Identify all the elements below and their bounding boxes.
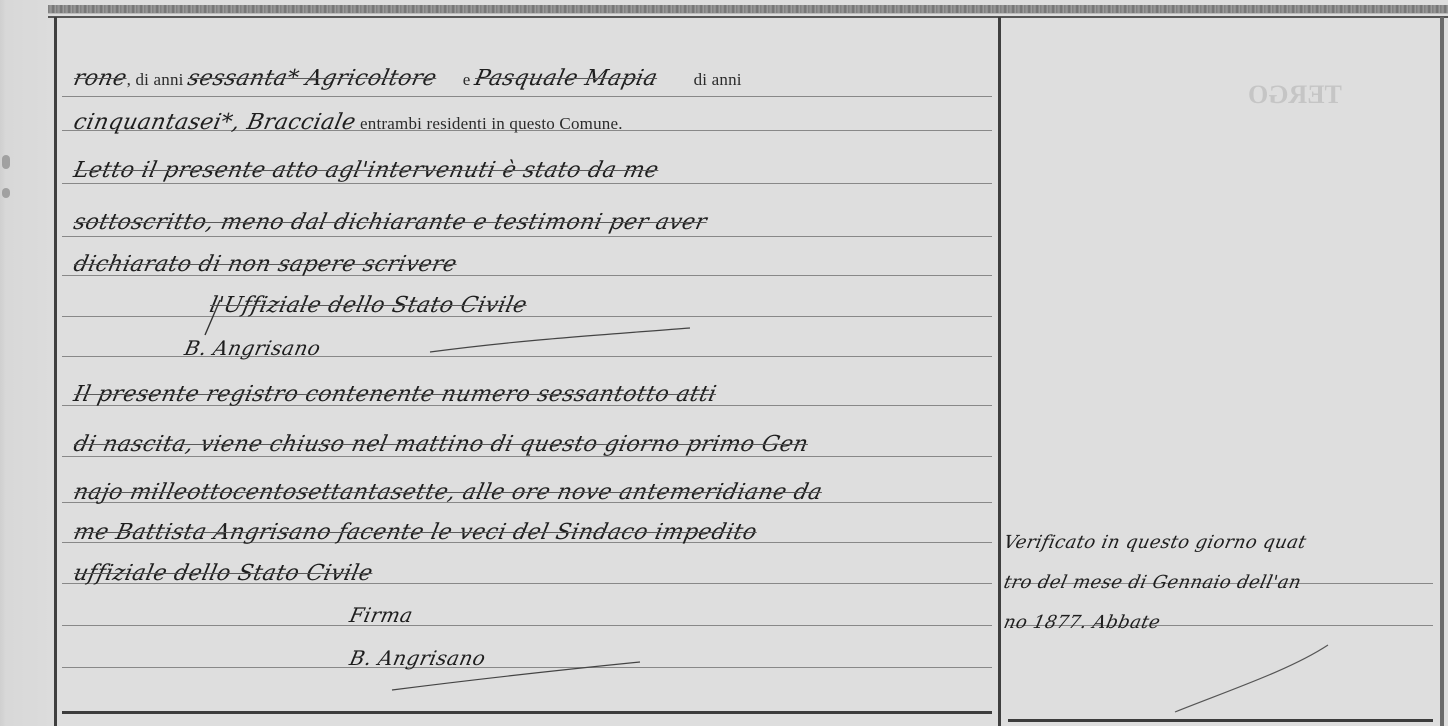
text-line-12: uffiziale dello Stato Civile xyxy=(74,561,372,586)
handwritten-text: cinquantasei*, Bracciale xyxy=(71,110,358,135)
handwritten-text: dichiarato di non sapere scrivere xyxy=(71,252,459,277)
handwritten-text: di nascita, viene chiuso nel mattino di … xyxy=(71,432,810,457)
text-line-9: di nascita, viene chiuso nel mattino di … xyxy=(74,432,808,457)
verification-note-line-3: no 1877. Abbate xyxy=(1004,612,1160,633)
verification-note-line-2: tro del mese di Gennaio dell'an xyxy=(1004,572,1301,593)
handwritten-text: Verificato in questo giorno quat xyxy=(1002,532,1308,553)
handwritten-text: no 1877. Abbate xyxy=(1002,612,1163,633)
ruled-line xyxy=(62,667,992,668)
top-decorative-border xyxy=(48,5,1448,14)
ruled-line xyxy=(62,183,992,184)
ruled-line xyxy=(62,236,992,237)
signature-text: B. Angrisano xyxy=(182,336,323,360)
column-divider-line xyxy=(998,17,1001,726)
printed-text: di anni xyxy=(689,70,742,89)
handwritten-text: uffiziale dello Stato Civile xyxy=(71,561,375,586)
printed-text: entrambi residenti in questo Comune. xyxy=(356,114,623,133)
text-line-1: rone, di anni sessanta* Agricoltore e Pa… xyxy=(74,66,742,91)
printed-text: , di anni xyxy=(127,70,189,89)
bleed-through-heading: TERGO xyxy=(1248,80,1342,110)
text-line-8: Il presente registro contenente numero s… xyxy=(74,382,716,407)
right-frame-line xyxy=(1440,17,1444,726)
handwritten-text: sessanta* Agricoltore xyxy=(185,66,439,91)
signature-label: Firma xyxy=(347,603,415,627)
handwritten-text: najo milleottocentosettantasette, alle o… xyxy=(71,480,824,505)
binding-mark xyxy=(2,155,10,169)
text-line-5: dichiarato di non sapere scrivere xyxy=(74,252,457,277)
verification-note-line-1: Verificato in questo giorno quat xyxy=(1004,532,1306,553)
text-line-4: sottoscritto, meno dal dichiarante e tes… xyxy=(74,210,707,235)
handwritten-text: Il presente registro contenente numero s… xyxy=(71,382,718,407)
officer-title-line: l'Uffiziale dello Stato Civile xyxy=(210,293,527,318)
registry-page-scan: TERGO rone, di anni sessanta* Agricoltor… xyxy=(0,0,1448,726)
handwritten-text: sottoscritto, meno dal dichiarante e tes… xyxy=(71,210,709,235)
officer-signature: B. Angrisano xyxy=(185,336,320,360)
text-line-2: cinquantasei*, Bracciale entrambi reside… xyxy=(74,110,623,135)
left-page-gutter xyxy=(0,0,54,726)
section-end-rule xyxy=(1008,719,1433,722)
ruled-line xyxy=(62,316,992,317)
firma-label: Firma xyxy=(350,603,413,627)
binding-mark xyxy=(2,188,10,198)
left-frame-line xyxy=(54,17,57,726)
pen-flourishes xyxy=(0,0,1448,726)
ruled-line xyxy=(62,625,992,626)
text-line-3: Letto il presente atto agl'intervenuti è… xyxy=(74,158,658,183)
handwritten-text: rone xyxy=(71,66,129,91)
handwritten-text: tro del mese di Gennaio dell'an xyxy=(1002,572,1303,593)
top-rule xyxy=(48,16,1448,18)
handwritten-text: me Battista Angrisano facente le veci de… xyxy=(71,520,759,545)
ruled-line xyxy=(62,96,992,97)
final-signature: B. Angrisano xyxy=(350,646,485,670)
handwritten-text: Letto il presente atto agl'intervenuti è… xyxy=(71,158,661,183)
text-line-11: me Battista Angrisano facente le veci de… xyxy=(74,520,757,545)
text-line-10: najo milleottocentosettantasette, alle o… xyxy=(74,480,822,505)
section-end-rule xyxy=(62,711,992,714)
signature-text: B. Angrisano xyxy=(347,646,488,670)
handwritten-text: l'Uffiziale dello Stato Civile xyxy=(207,293,529,318)
handwritten-text: Pasquale Mapia xyxy=(472,66,659,91)
